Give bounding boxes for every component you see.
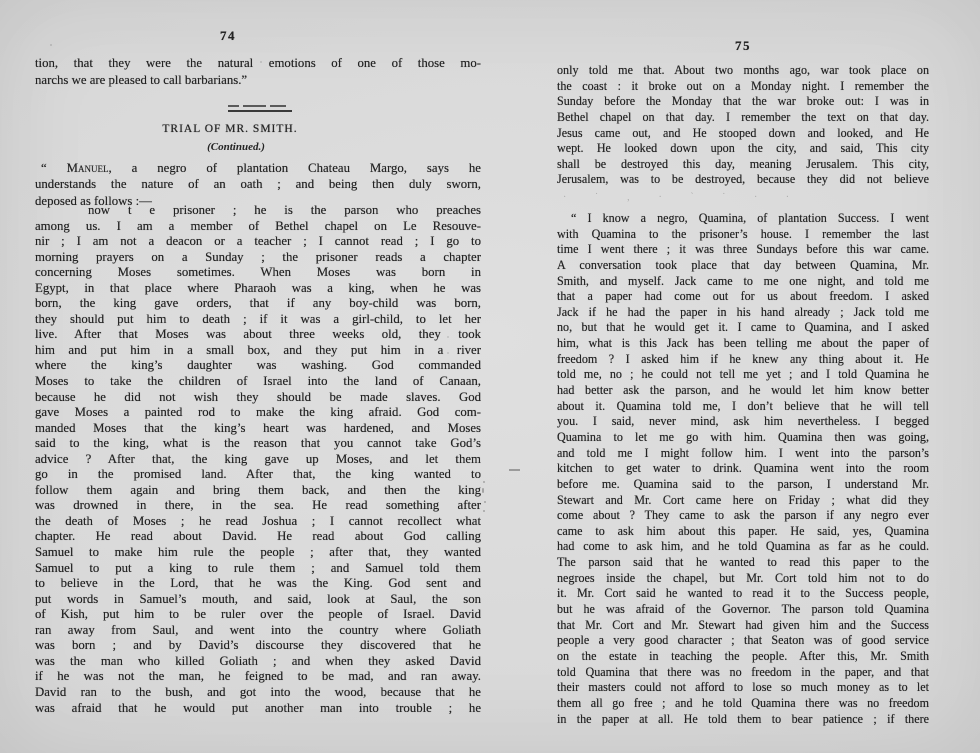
text-line: follow them again and bring them back, a… <box>35 483 481 499</box>
scan-artifact-dash <box>509 469 520 471</box>
text-line: told Quamina that there was no freedom i… <box>557 665 929 681</box>
text-line: understands the nature of an oath ; and … <box>35 176 481 192</box>
text-line: manded Moses that the king’s heart was h… <box>35 421 481 437</box>
section-divider <box>228 105 292 112</box>
right-page: 75 only told me that. About two months a… <box>557 0 929 753</box>
text-line: gave Moses a painted rod to make the kin… <box>35 405 481 421</box>
divider-rule-bottom <box>228 110 292 112</box>
text-line: negroes inside the chapel, but Mr. Cort … <box>557 571 929 587</box>
open-quote: “ <box>41 161 67 175</box>
text-line: Egypt, in that place where Pharaoh was a… <box>35 281 481 297</box>
text-line: because he did not wish they should be m… <box>35 390 481 406</box>
scan-speck <box>484 501 486 503</box>
text-line: them all go free ; and he told Quamina t… <box>557 696 929 712</box>
text-line: only told me that. About two months ago,… <box>557 63 929 79</box>
text-line: “ I know a negro, Quamina, of plantation… <box>557 211 929 227</box>
text-line: nir ; I am not a deacon or a teacher ; I… <box>35 234 481 250</box>
text-line: among us. I am a member of Bethel chapel… <box>35 219 481 235</box>
scan-speck <box>483 481 485 483</box>
text-line: Stewart and Mr. Cort came here on Friday… <box>557 493 929 509</box>
text-line: with Quamina to the prisoner’s house. I … <box>557 227 929 243</box>
text-line: on the estate in teaching the people. Af… <box>557 649 929 665</box>
text-line: “ Manuel, a negro of plantation Chateau … <box>35 160 481 176</box>
text-line: advice ? After that, the king gave up Mo… <box>35 452 481 468</box>
text-line: you. I said, never mind, ask him neverth… <box>557 414 929 430</box>
text-line: The parson said that he wanted to read t… <box>557 555 929 571</box>
text-line: was afraid that he would put another man… <box>35 701 481 717</box>
text-line: put words in Samuel’s mouth, and said, l… <box>35 592 481 608</box>
text-line: was drowned in there, in the sea. He rea… <box>35 498 481 514</box>
text-line: about it. Quamina told me, I don’t belie… <box>557 399 929 415</box>
text-line: him, what is this Jack has been telling … <box>557 336 929 352</box>
text-line: him and put him in a small box, and they… <box>35 343 481 359</box>
scan-speck <box>482 488 484 493</box>
text-line: the coast : it broke out on a Monday nig… <box>557 79 929 95</box>
text-line: come about ? They came to ask the parson… <box>557 508 929 524</box>
text-line: Bethel chapel on that day. I remember th… <box>557 110 929 126</box>
testimony-paragraph-right-1: only told me that. About two months ago,… <box>557 63 929 188</box>
faded-illegible-line: · ˙ ‚ · ` ˙ · · <box>563 191 929 205</box>
text-line: of Kish, put him to be ruler over the pe… <box>35 607 481 623</box>
text-line: had better ask the parson, and he would … <box>557 383 929 399</box>
text-line: told me, no ; he could not tell me yet ;… <box>557 367 929 383</box>
text-line: narchs we are pleased to call barbarians… <box>35 72 481 89</box>
text-line: go in the promised land. After that, the… <box>35 467 481 483</box>
text-line: chapter. He read about David. He read ab… <box>35 529 481 545</box>
text-line: freedom ? I asked him if he knew any thi… <box>557 352 929 368</box>
text-line: it. Mr. Cort said he wanted to read it t… <box>557 586 929 602</box>
text-line: was the man who killed Goliath ; and whe… <box>35 654 481 670</box>
text-line: now t e prisoner ; he is the parson who … <box>35 203 481 219</box>
text-line: Jack if he had the paper in his hand alr… <box>557 305 929 321</box>
text-line: that a paper had come out for us about f… <box>557 289 929 305</box>
text-line: Smith, and myself. Jack came to me one n… <box>557 274 929 290</box>
text-line: they should put him to death ; if it was… <box>35 312 481 328</box>
text-line: Quamina to let me go with him. Quamina t… <box>557 430 929 446</box>
text-line: Jesus came out, and He stooped down and … <box>557 126 929 142</box>
text-line: the death of Moses ; he read Joshua ; I … <box>35 514 481 530</box>
text-line: said to the king, what is the reason tha… <box>35 436 481 452</box>
text-line: where the king’s daughter was washing. G… <box>35 358 481 374</box>
book-scan: 74 tion, that they were the natural emot… <box>0 0 980 753</box>
text-line: no, but that he would get it. I came to … <box>557 320 929 336</box>
text-line: but he was afraid of the Governor. The p… <box>557 602 929 618</box>
text-line: that Mr. Cort and Mr. Stewart had given … <box>557 618 929 634</box>
continuation-paragraph: tion, that they were the natural emotion… <box>35 55 481 89</box>
text-line: Jerusalem, was to be destroyed, because … <box>557 172 929 188</box>
text-line: Samuel to put a king to rule them ; and … <box>35 561 481 577</box>
page-number-left: 74 <box>5 28 451 44</box>
section-subheading: (Continued.) <box>13 141 459 153</box>
text-line: shall be destroyed this day, meaning Jer… <box>557 157 929 173</box>
text-line: tion, that they were the natural emotion… <box>35 55 481 72</box>
text-line: came to ask him about this paper. He sai… <box>557 524 929 540</box>
page-number-right: 75 <box>557 38 929 54</box>
text-line: time I went there ; it was three Sundays… <box>557 242 929 258</box>
text-line: morning prayers on a Sunday ; the prison… <box>35 250 481 266</box>
section-heading: TRIAL OF MR. SMITH. <box>7 123 453 135</box>
text-line: and told me I might follow him. I went i… <box>557 446 929 462</box>
witness-name: Manuel <box>67 161 109 175</box>
text-line: wept. He looked down upon the city, and … <box>557 141 929 157</box>
deposition-intro-paragraph: “ Manuel, a negro of plantation Chateau … <box>35 160 481 209</box>
scan-speck <box>483 510 485 512</box>
text-line: David ran to the bush, and got into the … <box>35 685 481 701</box>
text-line: before me. Quamina said to the parson, I… <box>557 477 929 493</box>
text-line: had come to ask him, and he told Quamina… <box>557 539 929 555</box>
text-line: their masters could not afford to lose s… <box>557 680 929 696</box>
text-line: ran away from Saul, and went into the co… <box>35 623 481 639</box>
left-page: 74 tion, that they were the natural emot… <box>35 0 481 753</box>
testimony-paragraph-left: now t e prisoner ; he is the parson who … <box>35 203 481 716</box>
testimony-paragraph-right-2: “ I know a negro, Quamina, of plantation… <box>557 211 929 727</box>
text-line: kitchen to get water to drink. Quamina w… <box>557 461 929 477</box>
text-line: A conversation took place that day betwe… <box>557 258 929 274</box>
text-line: Samuel to make him rule the people ; aft… <box>35 545 481 561</box>
text-line: live. After that Moses was about three w… <box>35 327 481 343</box>
text-run: , a negro of plantation Chateau Margo, s… <box>109 161 482 175</box>
text-line: concerning Moses sometimes. When Moses w… <box>35 265 481 281</box>
text-line: born, the king gave orders, that if any … <box>35 296 481 312</box>
text-line: in the paper at all. He told them to bea… <box>557 712 929 728</box>
divider-rule-top <box>228 105 292 107</box>
text-line: people a very good character ; that Seat… <box>557 633 929 649</box>
text-line: to believe in the Lord, that he was the … <box>35 576 481 592</box>
text-line: Sunday before the Monday that the war br… <box>557 94 929 110</box>
text-line: if he was not the man, he feigned to be … <box>35 669 481 685</box>
text-line: was born ; and by David’s discourse they… <box>35 638 481 654</box>
text-line: Moses to take the children of Israel int… <box>35 374 481 390</box>
